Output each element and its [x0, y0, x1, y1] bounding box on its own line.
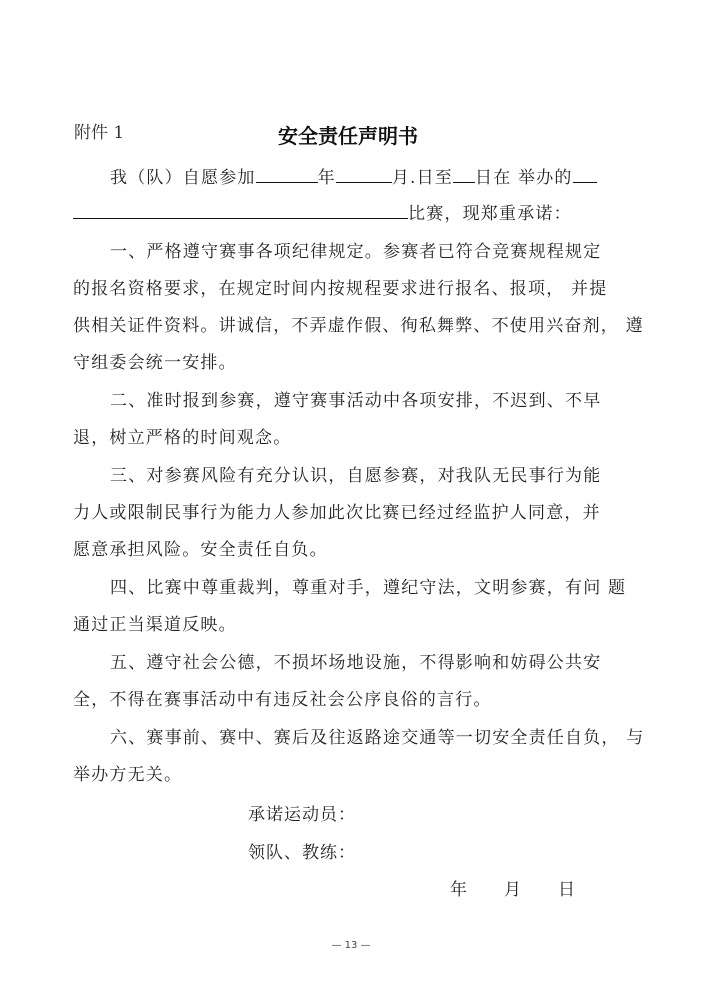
- signature-date-label: 年 月 日: [450, 875, 576, 900]
- intro-text-year: 年: [318, 168, 336, 188]
- clause-6-line-2: 举办方无关。: [73, 760, 182, 785]
- clause-6-line-1: 六、赛事前、赛中、赛后及往返路途交通等一切安全责任自负， 与: [110, 723, 644, 748]
- attachment-label: 附件 1: [74, 118, 124, 143]
- intro-line-1: 我（队）自愿参加年月.日至日在 举办的: [110, 163, 597, 188]
- clause-4-line-1: 四、比赛中尊重裁判，尊重对手，遵纪守法，文明参赛，有问 题: [110, 573, 626, 598]
- clause-3-line-2: 力人或限制民事行为能力人参加此次比赛已经过经监护人同意，并: [73, 498, 601, 523]
- organizer-blank-field[interactable]: [573, 166, 597, 183]
- clause-5-line-2: 全，不得在赛事活动中有违反社会公序良俗的言行。: [73, 685, 492, 710]
- year-blank-field[interactable]: [256, 166, 318, 183]
- clause-2-line-1: 二、准时报到参赛，遵守赛事活动中各项安排，不迟到、不早: [110, 386, 601, 411]
- clause-3-line-1: 三、对参赛风险有充分认识，自愿参赛，对我队无民事行为能: [110, 461, 601, 486]
- intro-text-month-day: 月.日至: [392, 168, 453, 188]
- clause-5-line-1: 五、遵守社会公德，不损坏场地设施，不得影响和妨碍公共安: [110, 648, 601, 673]
- clause-4-line-2: 通过正当渠道反映。: [73, 610, 237, 635]
- day-blank-field[interactable]: [453, 166, 475, 183]
- page-number: — 13 —: [0, 940, 702, 951]
- intro-text-held: 日在 举办的: [475, 168, 573, 188]
- event-name-blank-field[interactable]: [73, 202, 408, 219]
- month-blank-field[interactable]: [336, 166, 392, 183]
- clause-2-line-2: 退，树立严格的时间观念。: [73, 423, 291, 448]
- clause-3-line-3: 愿意承担风险。安全责任自负。: [73, 535, 328, 560]
- clause-1-line-3: 供相关证件资料。讲诚信，不弄虚作假、徇私舞弊、不使用兴奋剂， 遵: [73, 311, 644, 336]
- clause-1-line-2: 的报名资格要求，在规定时间内按规程要求进行报名、报项， 并提: [73, 274, 607, 299]
- intro-text-promise: 比赛，现郑重承诺：: [408, 204, 572, 224]
- document-title: 安全责任声明书: [278, 120, 418, 149]
- intro-text-participate: 我（队）自愿参加: [110, 168, 256, 188]
- athlete-signature-label: 承诺运动员：: [248, 800, 356, 825]
- clause-1-line-4: 守组委会统一安排。: [73, 348, 237, 373]
- clause-1-line-1: 一、严格遵守赛事各项纪律规定。参赛者已符合竞赛规程规定: [110, 237, 601, 262]
- leader-coach-signature-label: 领队、教练：: [248, 838, 356, 863]
- intro-line-2: 比赛，现郑重承诺：: [73, 199, 572, 224]
